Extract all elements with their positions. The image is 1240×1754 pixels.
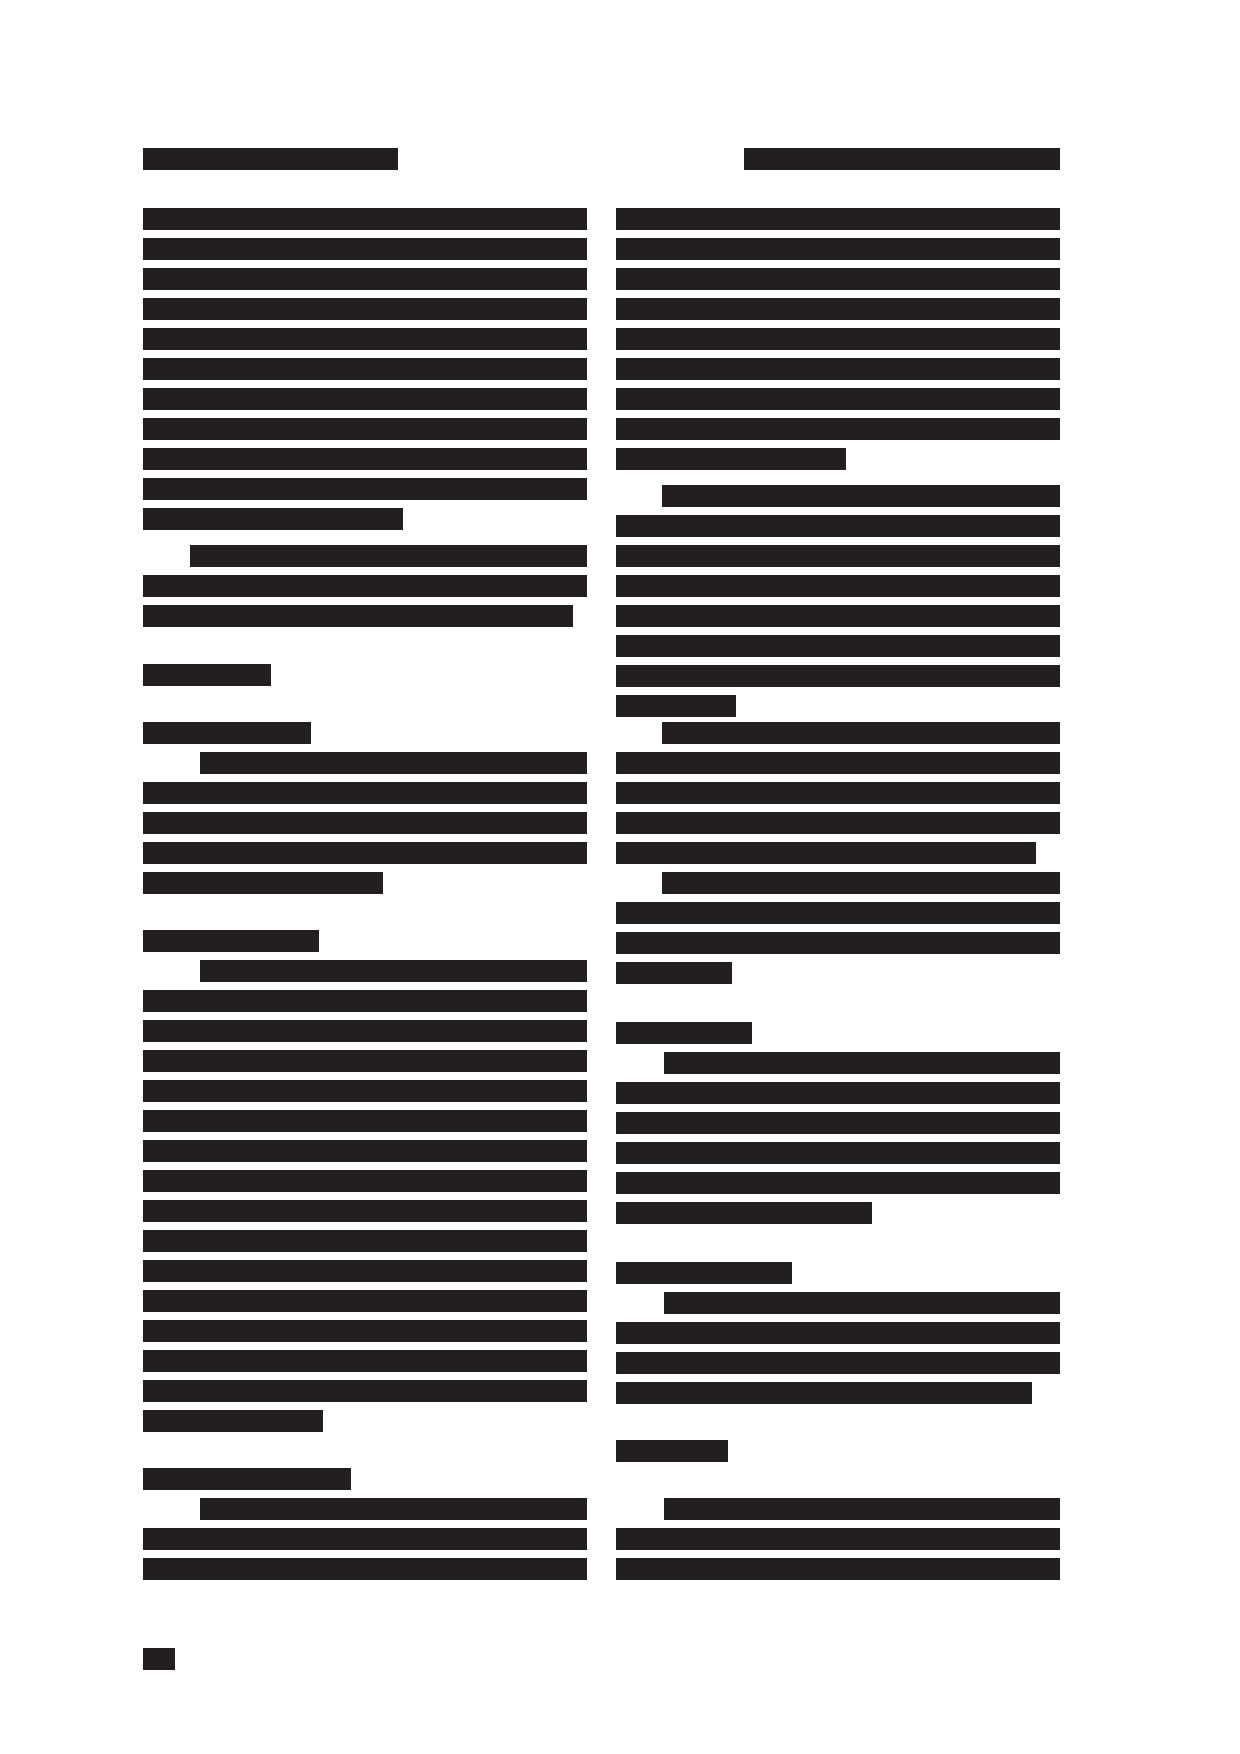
redacted-body-last (616, 1382, 1032, 1404)
redacted-body-indent (664, 1052, 1060, 1074)
redacted-body (616, 575, 1060, 597)
redacted-body (143, 1290, 587, 1312)
redacted-body (143, 1140, 587, 1162)
redacted-body (616, 1172, 1060, 1194)
redacted-body (143, 1260, 587, 1282)
redacted-body-last (616, 695, 736, 717)
redacted-running-header (744, 148, 1060, 170)
redacted-body (143, 238, 587, 260)
redacted-body (143, 1558, 587, 1580)
redacted-body (616, 1352, 1060, 1374)
redacted-body-indent (200, 752, 587, 774)
redacted-body (143, 842, 587, 864)
redacted-body (616, 238, 1060, 260)
redacted-body (143, 812, 587, 834)
redacted-body (616, 1558, 1060, 1580)
redacted-body (616, 545, 1060, 567)
redacted-body-last (143, 872, 383, 894)
redacted-section-heading (616, 1440, 728, 1462)
redacted-body-last (616, 842, 1036, 864)
redacted-body (143, 268, 587, 290)
redacted-body (616, 358, 1060, 380)
redacted-body-last (143, 605, 573, 627)
redacted-body (143, 358, 587, 380)
redacted-body (143, 1110, 587, 1132)
redacted-body (143, 1320, 587, 1342)
redacted-subheading (616, 1262, 792, 1284)
redacted-page-number (143, 1648, 175, 1670)
redacted-body (616, 328, 1060, 350)
redacted-body-indent (200, 960, 587, 982)
redacted-body-indent (664, 1292, 1060, 1314)
redacted-body (143, 1200, 587, 1222)
redacted-body (143, 1050, 587, 1072)
redacted-body (616, 208, 1060, 230)
redacted-body-indent (664, 1498, 1060, 1520)
redacted-body (616, 902, 1060, 924)
redacted-body (616, 1082, 1060, 1104)
redacted-body (143, 1528, 587, 1550)
redacted-body (616, 782, 1060, 804)
redacted-body (143, 418, 587, 440)
redacted-body (143, 478, 587, 500)
redacted-body (143, 1170, 587, 1192)
redacted-section-heading (143, 664, 271, 686)
redacted-body-indent (190, 545, 587, 567)
redacted-body (143, 1020, 587, 1042)
redacted-body (616, 418, 1060, 440)
redacted-body-last (616, 1202, 872, 1224)
redacted-body (143, 1080, 587, 1102)
redacted-subheading (143, 930, 319, 952)
redacted-body (143, 448, 587, 470)
redacted-body (143, 388, 587, 410)
redacted-body (143, 1380, 587, 1402)
redacted-body-indent (662, 722, 1060, 744)
redacted-body (616, 932, 1060, 954)
redacted-body (143, 782, 587, 804)
redacted-body (616, 665, 1060, 687)
redacted-body-last (616, 962, 732, 984)
redacted-body (143, 575, 587, 597)
redacted-body (616, 1142, 1060, 1164)
redacted-body-last (143, 508, 403, 530)
redacted-body (616, 388, 1060, 410)
redacted-body (616, 635, 1060, 657)
redacted-body-last (616, 448, 846, 470)
redacted-body (143, 208, 587, 230)
redacted-body (143, 298, 587, 320)
redacted-body (143, 990, 587, 1012)
redacted-body (616, 1528, 1060, 1550)
redacted-body-indent (662, 872, 1060, 894)
redacted-body-last (143, 1410, 323, 1432)
redacted-body-indent (200, 1498, 587, 1520)
redacted-body (616, 752, 1060, 774)
redacted-body-indent (662, 485, 1060, 507)
redacted-body (143, 1230, 587, 1252)
redacted-body (616, 268, 1060, 290)
redacted-subheading (143, 722, 311, 744)
redacted-body (616, 605, 1060, 627)
redacted-body (143, 328, 587, 350)
redacted-body (143, 1350, 587, 1372)
redacted-body (616, 1322, 1060, 1344)
redacted-body (616, 812, 1060, 834)
redacted-body (616, 298, 1060, 320)
redacted-section-heading (143, 1468, 351, 1490)
redacted-body (616, 515, 1060, 537)
redacted-body (616, 1112, 1060, 1134)
redacted-subheading (616, 1022, 752, 1044)
redacted-running-header (143, 148, 398, 170)
